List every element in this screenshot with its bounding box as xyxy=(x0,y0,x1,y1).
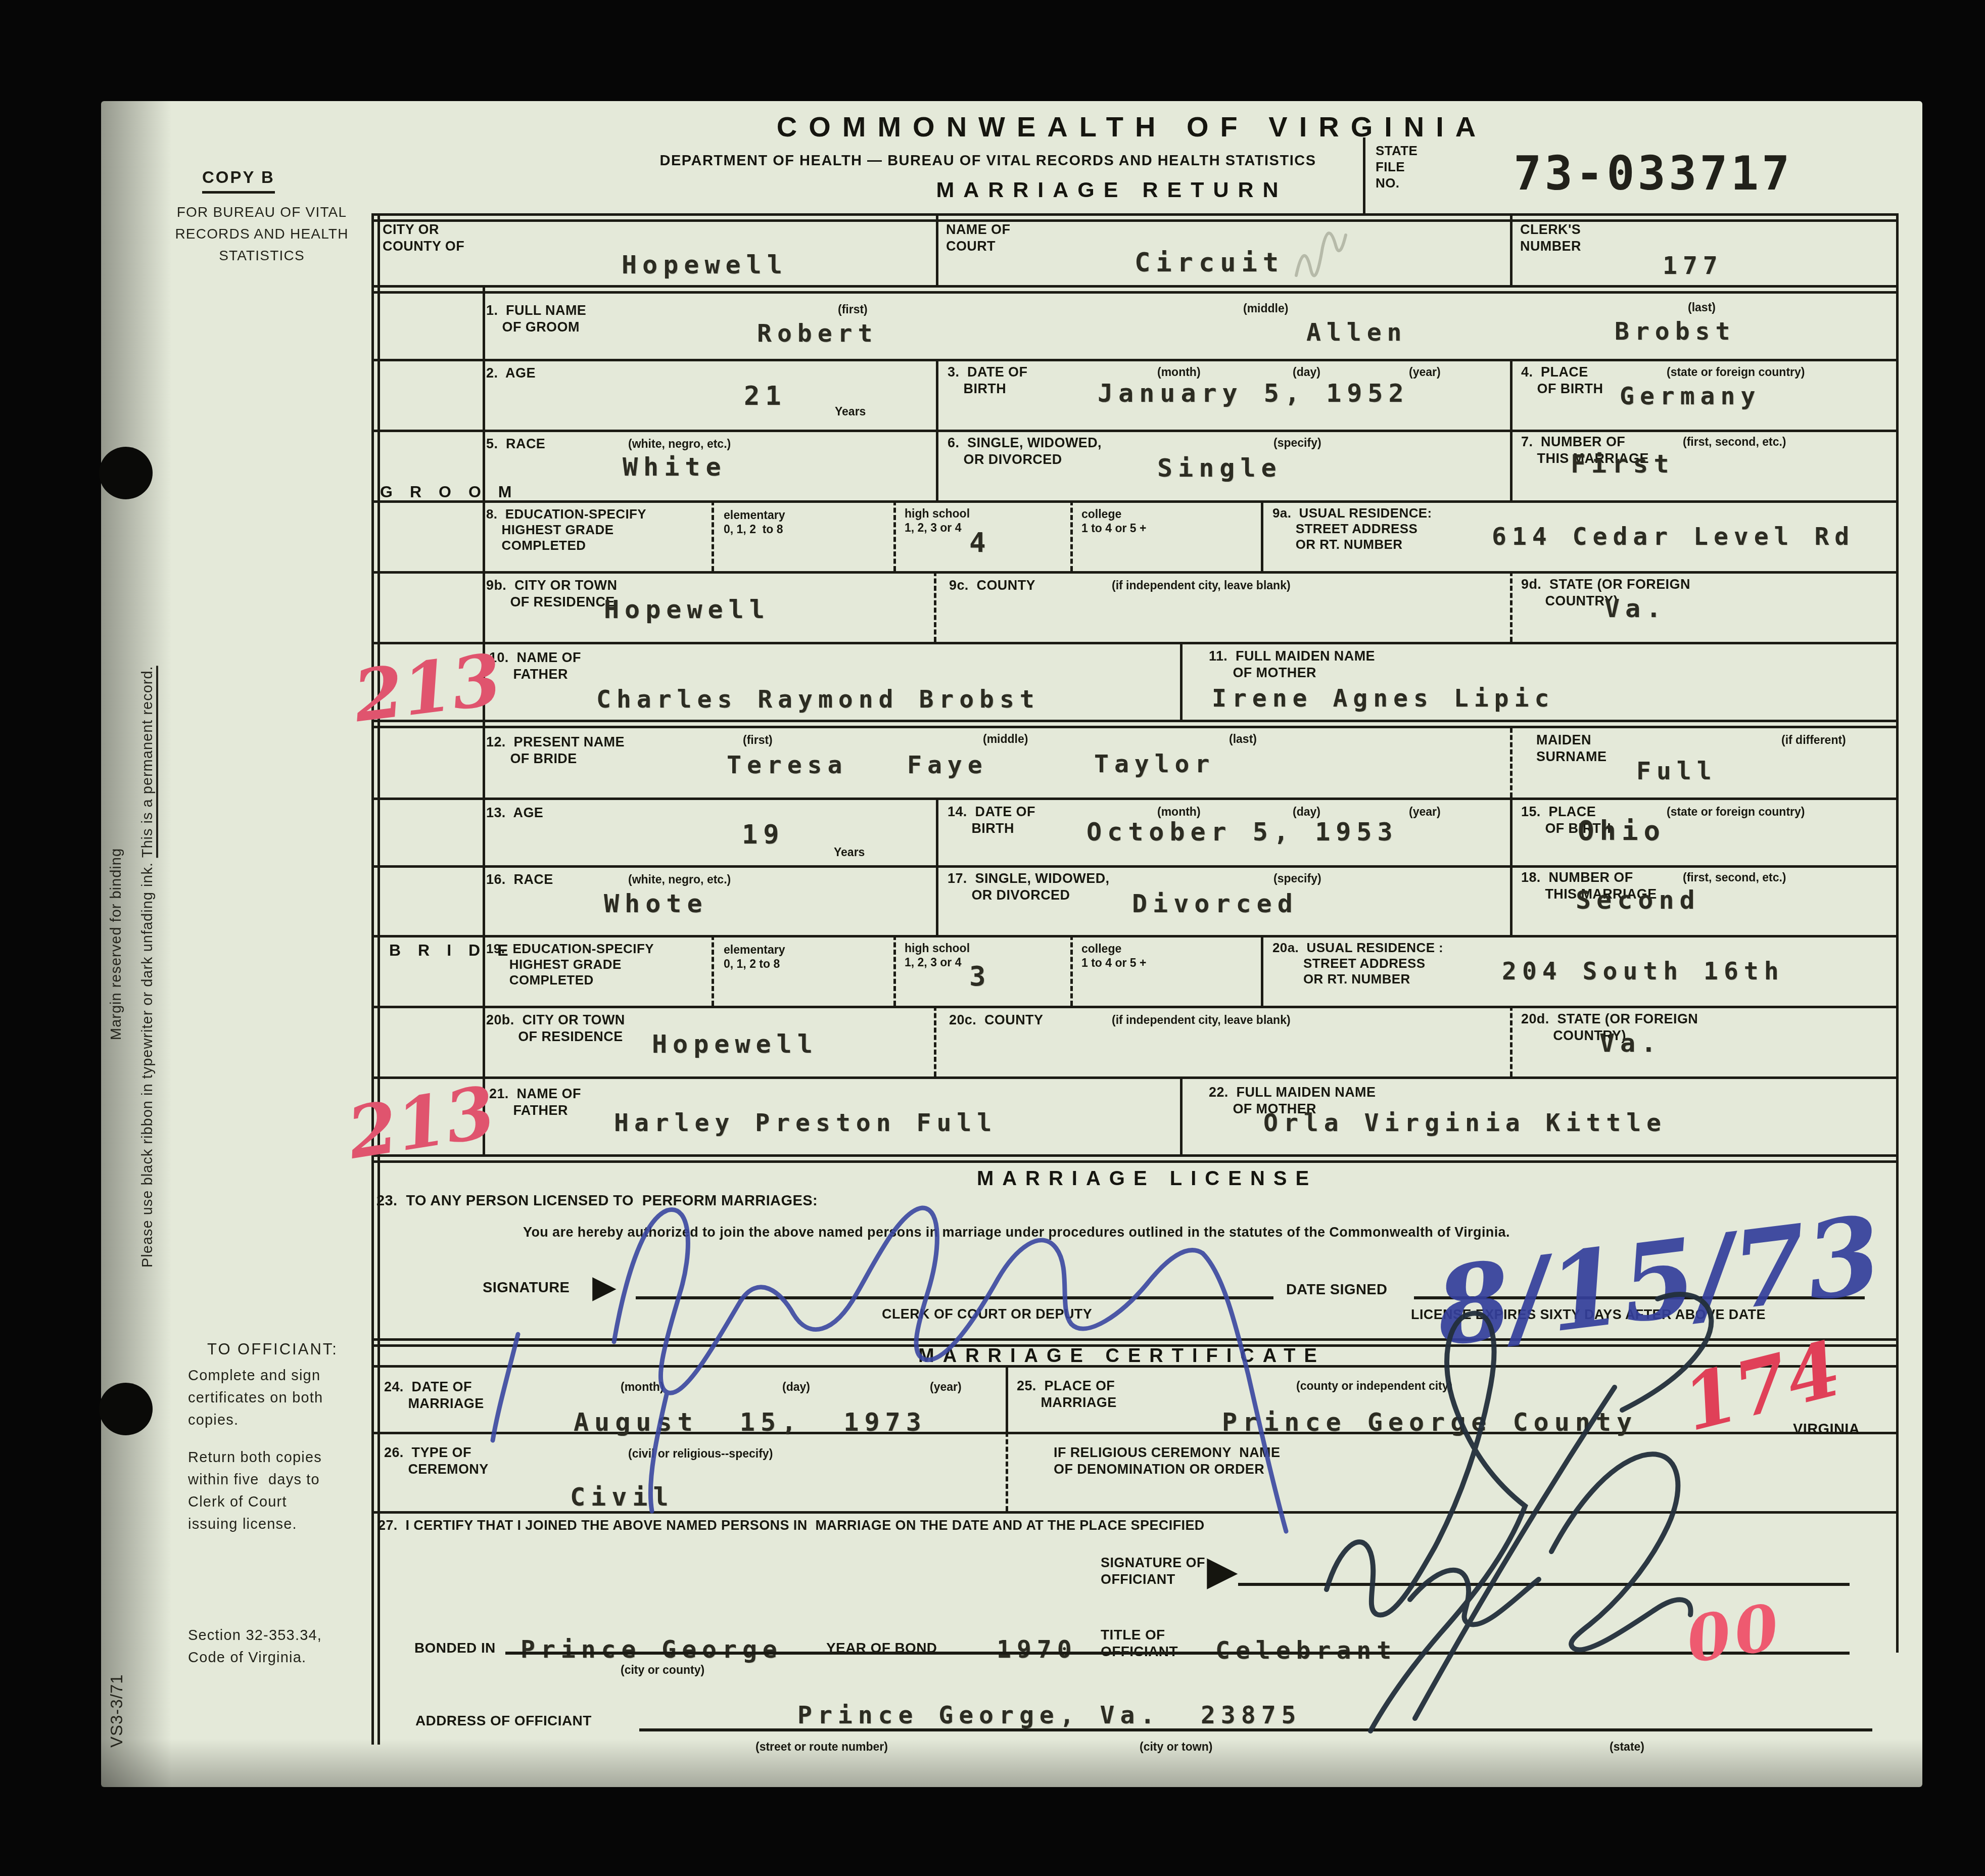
rule xyxy=(371,500,1898,503)
officiant-signature-label: SIGNATURE OF OFFICIANT xyxy=(1101,1555,1205,1588)
return-note: Return both copies within five days to C… xyxy=(188,1446,360,1535)
groom-race-value: White xyxy=(623,454,727,480)
groom-pob-value: Germany xyxy=(1620,383,1761,409)
rule xyxy=(893,500,896,571)
rule xyxy=(934,571,936,642)
bride-residence-value: 204 South 16th xyxy=(1502,958,1784,984)
to-officiant-body: Complete and sign certificates on both c… xyxy=(188,1365,355,1431)
groom-pob-label: 4. PLACE OF BIRTH xyxy=(1521,364,1603,397)
signature-line xyxy=(636,1296,1273,1299)
rule xyxy=(1510,728,1513,798)
marriage-date-month-sub: (month) xyxy=(621,1380,664,1394)
groom-last-sub: (last) xyxy=(1688,300,1716,314)
rule xyxy=(1070,500,1073,571)
bride-first-value: Teresa xyxy=(727,752,847,778)
bride-edu-hs-value: 3 xyxy=(969,963,991,990)
groom-last-value: Brobst xyxy=(1615,318,1735,345)
signature-arrow-icon: ▶ xyxy=(1207,1551,1238,1591)
bride-marital-value: Divorced xyxy=(1132,890,1298,917)
bride-father-label: 21. NAME OF FATHER xyxy=(489,1086,581,1119)
marriage-date-label: 24. DATE OF MARRIAGE xyxy=(384,1379,484,1412)
officiant-address-value: Prince George, Va. 23875 xyxy=(797,1702,1301,1728)
ceremony-type-label: 26. TYPE OF CEREMONY xyxy=(384,1444,489,1478)
code-note: Section 32-353.34, Code of Virginia. xyxy=(188,1624,370,1669)
bride-dob-label: 14. DATE OF BIRTH xyxy=(948,804,1035,837)
groom-residence-label: 9a. USUAL RESIDENCE: STREET ADDRESS OR R… xyxy=(1272,505,1432,552)
rule xyxy=(1261,935,1263,1006)
year-of-bond-value: 1970 xyxy=(997,1636,1077,1663)
address-city-sub: (city or town) xyxy=(1140,1740,1212,1754)
state-file-label: STATE FILE NO. xyxy=(1376,143,1417,191)
officiant-title-label: TITLE OF OFFICIANT xyxy=(1101,1626,1178,1660)
signature-arrow-icon: ▶ xyxy=(592,1272,617,1303)
groom-edu-elementary: elementary 0, 1, 2 to 8 xyxy=(724,508,785,536)
bride-marriage-no-value: Second xyxy=(1576,887,1700,913)
license-title: MARRIAGE LICENSE xyxy=(834,1167,1460,1190)
officiant-address-line xyxy=(639,1728,1872,1731)
marriage-place-label: 25. PLACE OF MARRIAGE xyxy=(1017,1378,1117,1411)
rule xyxy=(1510,1006,1513,1076)
state-file-number: 73-033717 xyxy=(1514,147,1793,201)
groom-dob-day-sub: (day) xyxy=(1293,365,1320,379)
bride-middle-sub: (middle) xyxy=(983,732,1028,746)
groom-dob-month-sub: (month) xyxy=(1157,365,1201,379)
officiant-title-value: Celebrant xyxy=(1215,1637,1397,1664)
groom-race-label: 5. RACE xyxy=(486,436,545,452)
marriage-date-value: August 15, 1973 xyxy=(574,1409,927,1435)
groom-middle-sub: (middle) xyxy=(1243,301,1288,315)
paper-sheet xyxy=(101,101,1922,1787)
rule xyxy=(371,935,1898,937)
address-street-sub: (street or route number) xyxy=(755,1740,888,1754)
bond-line xyxy=(505,1652,1850,1655)
city-county-label: CITY OR COUNTY OF xyxy=(383,221,464,255)
bride-age-value: 19 xyxy=(742,822,785,848)
rule xyxy=(371,1154,1898,1163)
city-county-value: Hopewell xyxy=(622,252,788,278)
certify-statement: 27. I CERTIFY THAT I JOINED THE ABOVE NA… xyxy=(378,1517,1591,1534)
bride-margin-red-number: 213 xyxy=(343,1076,500,1169)
bride-race-sub: (white, negro, etc.) xyxy=(628,872,731,886)
marriage-place-sub: (county or independent city) xyxy=(1296,1379,1452,1393)
rule xyxy=(934,1006,936,1076)
bride-residence-label: 20a. USUAL RESIDENCE : STREET ADDRESS OR… xyxy=(1272,940,1443,987)
margin-binding-note: Margin reserved for binding xyxy=(108,848,125,1040)
groom-marital-value: Single xyxy=(1157,455,1282,481)
officiant-signature-line xyxy=(1238,1583,1850,1586)
rule xyxy=(712,500,714,571)
groom-edu-highschool: high school 1, 2, 3 or 4 xyxy=(905,506,970,535)
groom-marriage-no-sub: (first, second, etc.) xyxy=(1683,435,1786,449)
punch-hole xyxy=(99,1383,153,1435)
officiant-address-label: ADDRESS OF OFFICIANT xyxy=(415,1712,592,1729)
bride-edu-highschool: high school 1, 2, 3 or 4 xyxy=(905,941,970,969)
groom-father-value: Charles Raymond Brobst xyxy=(596,686,1040,713)
form-number: VS3-3/71 xyxy=(107,1674,126,1748)
maiden-surname-label: MAIDEN SURNAME xyxy=(1536,732,1606,765)
groom-edu-college: college 1 to 4 or 5 + xyxy=(1081,507,1146,535)
bride-last-sub: (last) xyxy=(1229,732,1257,746)
license-signature-label: SIGNATURE xyxy=(483,1280,570,1296)
rule xyxy=(371,865,1898,868)
virginia-label: VIRGINIA xyxy=(1793,1421,1860,1438)
bride-state-value: Va. xyxy=(1599,1030,1662,1056)
rule xyxy=(1006,1432,1008,1511)
ribbon-note-text: Please use black ribbon in typewriter or… xyxy=(139,858,156,1268)
punch-hole xyxy=(99,447,153,499)
commonwealth-title: COMMONWEALTH OF VIRGINIA xyxy=(743,110,1521,143)
bride-dob-value: October 5, 1953 xyxy=(1086,819,1398,845)
to-officiant-head: TO OFFICIANT: xyxy=(207,1340,338,1358)
groom-father-label: 10. NAME OF FATHER xyxy=(489,649,581,683)
clerk-number-label: CLERK'S NUMBER xyxy=(1520,221,1581,255)
rule xyxy=(1896,213,1899,1653)
rule xyxy=(712,935,714,1006)
rule xyxy=(371,1076,1898,1079)
groom-name-label: 1. FULL NAME OF GROOM xyxy=(486,302,586,336)
bride-pob-sub: (state or foreign country) xyxy=(1667,805,1805,819)
groom-marriage-no-value: First xyxy=(1571,451,1675,477)
license-signature-caption: CLERK OF COURT OR DEPUTY xyxy=(882,1306,1092,1323)
bride-race-label: 16. RACE xyxy=(486,871,553,888)
groom-marital-label: 6. SINGLE, WIDOWED, OR DIVORCED xyxy=(948,435,1102,468)
rule xyxy=(1510,213,1513,287)
groom-mother-value: Irene Agnes Lipic xyxy=(1212,685,1554,712)
permanent-note: This is a permanent record. xyxy=(139,666,156,858)
marriage-date-year-sub: (year) xyxy=(930,1380,962,1394)
groom-race-sub: (white, negro, etc.) xyxy=(628,437,731,451)
ceremony-type-value: Civil xyxy=(570,1484,674,1510)
groom-mother-label: 11. FULL MAIDEN NAME OF MOTHER xyxy=(1209,648,1375,681)
maiden-surname-sub: (if different) xyxy=(1781,733,1846,747)
groom-age-units: Years xyxy=(835,404,866,418)
bride-county-label: 20c. COUNTY xyxy=(949,1012,1043,1028)
ceremony-type-sub: (civil or religious--specify) xyxy=(628,1446,773,1461)
rule xyxy=(377,213,380,1745)
rule xyxy=(371,430,1898,432)
bride-marital-label: 17. SINGLE, WIDOWED, OR DIVORCED xyxy=(948,870,1109,904)
maiden-surname-value: Full xyxy=(1636,758,1717,784)
rule xyxy=(371,285,1898,294)
groom-age-value: 21 xyxy=(744,383,787,409)
ribbon-note: Please use black ribbon in typewriter or… xyxy=(139,666,156,1268)
rule xyxy=(1510,798,1513,935)
bonded-in-label: BONDED IN xyxy=(414,1639,496,1656)
bride-edu-college: college 1 to 4 or 5 + xyxy=(1081,942,1146,970)
groom-middle-value: Allen xyxy=(1306,319,1407,346)
marriage-date-day-sub: (day) xyxy=(782,1380,810,1394)
rule xyxy=(1180,642,1183,720)
bride-marital-sub: (specify) xyxy=(1273,871,1321,885)
groom-residence-value: 614 Cedar Level Rd xyxy=(1492,524,1855,550)
bride-pob-value: Ohio xyxy=(1578,818,1666,844)
bride-county-sub: (if independent city, leave blank) xyxy=(1112,1013,1291,1027)
bonded-in-value: Prince George xyxy=(521,1636,783,1663)
rule xyxy=(371,359,1898,361)
bride-name-label: 12. PRESENT NAME OF BRIDE xyxy=(486,734,625,767)
clerk-number-value: 177 xyxy=(1663,253,1723,279)
court-label: NAME OF COURT xyxy=(946,221,1010,255)
bride-age-units: Years xyxy=(834,845,865,859)
rule xyxy=(936,798,938,935)
groom-first-value: Robert xyxy=(757,320,878,347)
rule xyxy=(1070,935,1073,1006)
marriage-place-value: Prince George County xyxy=(1222,1409,1637,1435)
scanned-marriage-return: COPY B FOR BUREAU OF VITAL RECORDS AND H… xyxy=(0,0,1985,1876)
rule xyxy=(1363,137,1365,213)
rule xyxy=(1510,359,1513,500)
bride-marriage-no-sub: (first, second, etc.) xyxy=(1683,870,1786,884)
department-subtitle: DEPARTMENT OF HEALTH — BUREAU OF VITAL R… xyxy=(624,153,1352,169)
bonded-in-sub: (city or county) xyxy=(621,1663,704,1677)
groom-county-label: 9c. COUNTY xyxy=(949,577,1035,594)
form-title: MARRIAGE RETURN xyxy=(879,178,1344,203)
rule xyxy=(371,1006,1898,1008)
date-signed-label: DATE SIGNED xyxy=(1286,1282,1387,1298)
court-value: Circuit xyxy=(1135,250,1284,276)
religious-ceremony-label: IF RELIGIOUS CEREMONY NAME OF DENOMINATI… xyxy=(1054,1444,1280,1478)
bride-last-value: Taylor xyxy=(1094,751,1215,777)
groom-first-sub: (first) xyxy=(838,302,868,316)
bride-age-label: 13. AGE xyxy=(486,805,543,821)
copy-b-label: COPY B xyxy=(202,168,275,194)
rule xyxy=(371,213,374,1745)
groom-city-value: Hopewell xyxy=(604,596,770,623)
rule xyxy=(371,798,1898,800)
rule xyxy=(371,720,1898,728)
address-state-sub: (state) xyxy=(1610,1740,1644,1754)
rule xyxy=(893,935,896,1006)
bride-race-value: Whote xyxy=(604,890,708,917)
bride-city-value: Hopewell xyxy=(652,1031,818,1057)
bride-dob-day-sub: (day) xyxy=(1293,805,1320,819)
groom-city-label: 9b. CITY OR TOWN OF RESIDENCE xyxy=(486,577,617,611)
rule xyxy=(1180,1076,1183,1154)
bottom-shadow xyxy=(101,1739,1922,1787)
bride-first-sub: (first) xyxy=(743,733,773,747)
groom-county-sub: (if independent city, leave blank) xyxy=(1112,578,1291,592)
bride-father-value: Harley Preston Full xyxy=(614,1110,997,1136)
copy-b-for: FOR BUREAU OF VITAL RECORDS AND HEALTH S… xyxy=(161,201,363,266)
bride-middle-value: Faye xyxy=(907,752,988,778)
rule xyxy=(371,571,1898,574)
license-heading: 23. TO ANY PERSON LICENSED TO PERFORM MA… xyxy=(376,1193,818,1209)
rule xyxy=(936,213,938,287)
bride-education-label: 19. EDUCATION-SPECIFY HIGHEST GRADE COMP… xyxy=(486,941,654,988)
groom-age-label: 2. AGE xyxy=(486,365,536,382)
bride-dob-year-sub: (year) xyxy=(1409,805,1441,819)
bond-red-number: 00 xyxy=(1682,1595,1787,1672)
bride-city-label: 20b. CITY OR TOWN OF RESIDENCE xyxy=(486,1012,625,1045)
rule xyxy=(1006,1365,1008,1432)
groom-edu-hs-value: 4 xyxy=(969,530,991,556)
groom-dob-value: January 5, 1952 xyxy=(1098,380,1409,406)
bride-edu-elementary: elementary 0, 1, 2 to 8 xyxy=(724,943,785,971)
rule xyxy=(371,642,1898,644)
certificate-title: MARRIAGE CERTIFICATE xyxy=(809,1345,1435,1367)
rule xyxy=(936,359,938,500)
groom-pob-sub: (state or foreign country) xyxy=(1667,365,1805,379)
rule xyxy=(1510,571,1513,642)
rule xyxy=(371,213,1898,222)
groom-margin-red-number: 213 xyxy=(350,644,505,733)
groom-section-label: GROOM xyxy=(380,483,529,501)
groom-dob-label: 3. DATE OF BIRTH xyxy=(948,364,1027,397)
rule xyxy=(1261,500,1263,571)
groom-dob-year-sub: (year) xyxy=(1409,365,1441,379)
bride-mother-value: Orla Virginia Kittle xyxy=(1263,1110,1667,1136)
groom-state-value: Va. xyxy=(1604,595,1667,622)
groom-marital-sub: (specify) xyxy=(1273,436,1321,450)
bride-dob-month-sub: (month) xyxy=(1157,805,1201,819)
groom-education-label: 8. EDUCATION-SPECIFY HIGHEST GRADE COMPL… xyxy=(486,506,646,553)
